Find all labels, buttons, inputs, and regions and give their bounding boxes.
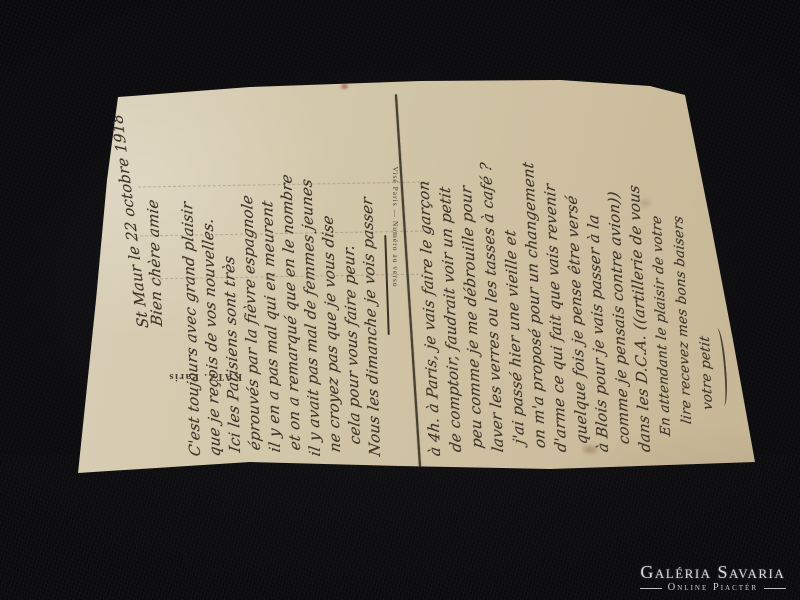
censor-mark: Visé Paris — Numéro au verso bbox=[389, 142, 401, 312]
marketplace-watermark: Galéria Savaria Online Piactér bbox=[640, 563, 786, 594]
watermark-rule-left bbox=[640, 588, 662, 589]
stain-spot bbox=[341, 84, 348, 89]
watermark-subtitle: Online Piactér bbox=[668, 582, 758, 594]
photo-scene: St Maur le 22 octobre 1918 Bien chère am… bbox=[0, 0, 800, 600]
handwritten-message: St Maur le 22 octobre 1918 Bien chère am… bbox=[99, 102, 719, 462]
watermark-subtitle-row: Online Piactér bbox=[640, 582, 786, 594]
watermark-title: Galéria Savaria bbox=[640, 563, 786, 581]
watermark-rule-right bbox=[764, 588, 786, 589]
publisher-mark: KATZ. Paris bbox=[146, 358, 242, 382]
